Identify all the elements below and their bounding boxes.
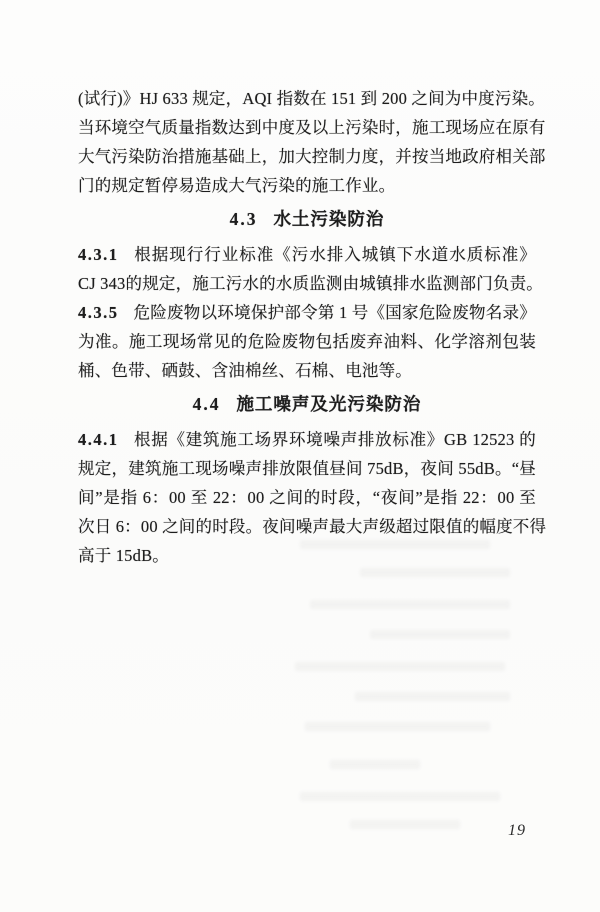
clause-first-line: 4.3.5危险废物以环境保护部令第 1 号《国家危险废物名录》 [78,298,536,327]
clause-text: 根据《建筑施工场界环境噪声排放标准》GB 12523 的 [134,430,537,449]
intro-paragraph: (试行)》HJ 633 规定，AQI 指数在 151 到 200 之间为中度污染… [78,84,536,200]
clause-text: 危险废物以环境保护部令第 1 号《国家危险废物名录》 [134,303,537,322]
clause-first-line: 4.3.1根据现行行业标准《污水排入城镇下水道水质标准》 [78,240,536,269]
body-text-line: 规定，建筑施工现场噪声排放限值昼间 75dB，夜间 55dB。“昼 [78,454,536,483]
body-text-line: 大气污染防治措施基础上，加大控制力度，并按当地政府相关部 [78,142,536,171]
clause-4-3-5: 4.3.5危险废物以环境保护部令第 1 号《国家危险废物名录》 为准。施工现场常… [78,298,536,385]
section-title: 水土污染防治 [273,209,384,229]
clause-4-3-1: 4.3.1根据现行行业标准《污水排入城镇下水道水质标准》 CJ 343的规定，施… [78,240,536,298]
body-text-line: 桶、色带、硒鼓、含油棉丝、石棉、电池等。 [78,356,536,385]
body-text-line: CJ 343的规定，施工污水的水质监测由城镇排水监测部门负责。 [78,269,536,298]
section-heading-4-4: 4.4施工噪声及光污染防治 [78,390,536,419]
clause-text: 根据现行行业标准《污水排入城镇下水道水质标准》 [134,245,537,264]
body-text-line: 间”是指 6：00 至 22：00 之间的时段，“夜间”是指 22：00 至 [78,483,536,512]
body-text-line: 次日 6：00 之间的时段。夜间噪声最大声级超过限值的幅度不得 [78,512,536,541]
body-text-line: (试行)》HJ 633 规定，AQI 指数在 151 到 200 之间为中度污染… [78,84,536,113]
clause-number: 4.3.1 [78,245,119,264]
document-body: (试行)》HJ 633 规定，AQI 指数在 151 到 200 之间为中度污染… [78,84,536,570]
section-title: 施工噪声及光污染防治 [236,394,421,414]
clause-first-line: 4.4.1根据《建筑施工场界环境噪声排放标准》GB 12523 的 [78,425,536,454]
clause-4-4-1: 4.4.1根据《建筑施工场界环境噪声排放标准》GB 12523 的 规定，建筑施… [78,425,536,570]
body-text-line: 门的规定暂停易造成大气污染的施工作业。 [78,171,536,200]
section-number: 4.4 [193,394,221,414]
body-text-line: 高于 15dB。 [78,541,536,570]
section-heading-4-3: 4.3水土污染防治 [78,205,536,234]
section-number: 4.3 [230,209,258,229]
page-number: 19 [508,822,526,840]
clause-number: 4.3.5 [78,303,119,322]
clause-number: 4.4.1 [78,430,119,449]
body-text-line: 当环境空气质量指数达到中度及以上污染时，施工现场应在原有 [78,113,536,142]
body-text-line: 为准。施工现场常见的危险废物包括废弃油料、化学溶剂包装 [78,327,536,356]
